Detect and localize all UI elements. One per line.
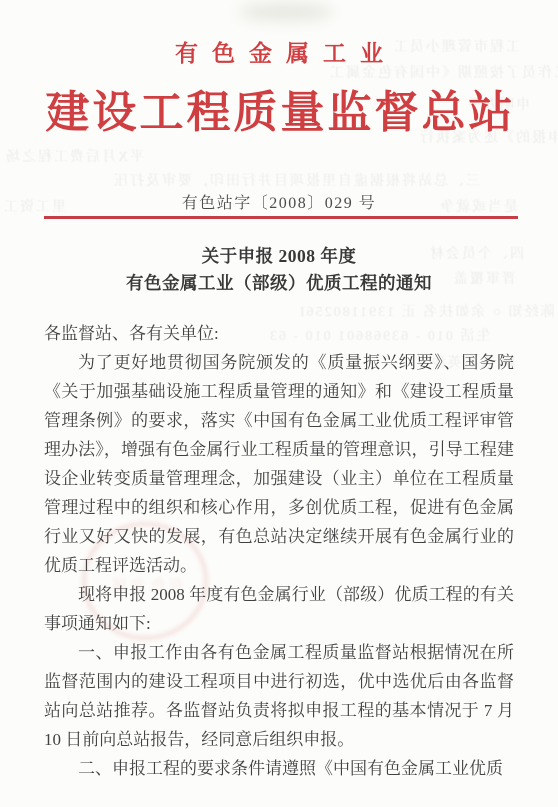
bleed-through-text: 三、总站将根据虚自里报项目并行田印，要审及打压 <box>112 170 480 190</box>
body-paragraph: 一、申报工作由各有色金属工程质量监督站根据情况在所监督范围内的建设工程项目中进行… <box>44 638 514 754</box>
red-divider-line <box>44 216 518 219</box>
bleed-through-text: 陈经知 ○ 余如扶名 正 1391180256I <box>298 301 555 321</box>
letterhead-industry-line: 有色金属工业 <box>0 35 558 68</box>
body-text: 各监督站、各有关单位: 为了更好地贯彻国务院颁发的《质量振兴纲要》、国务院《关于… <box>44 319 514 783</box>
body-paragraphs: 为了更好地贯彻国务院颁发的《质量振兴纲要》、国务院《关于加强基础设施工程质量管理… <box>44 348 514 783</box>
document-number: 有色站字〔2008〕029 号 <box>0 190 558 213</box>
body-paragraph: 二、申报工程的要求条件请遵照《中国有色金属工业优质 <box>44 754 514 783</box>
bleed-through-text: 平X月后费工程之场 <box>4 146 144 166</box>
scan-smudge <box>238 2 334 22</box>
notice-title-line2: 有色金属工业（部级）优质工程的通知 <box>0 270 558 297</box>
letterhead-org-name: 建设工程质量监督总站 <box>0 76 558 140</box>
body-paragraph: 为了更好地贯彻国务院颁发的《质量振兴纲要》、国务院《关于加强基础设施工程质量管理… <box>44 348 514 580</box>
document-page: 工程市管理小员工中报工作员了按照期《中国有色金属工申明办平申报的》述为案执行平X… <box>0 0 558 807</box>
notice-title-line1: 关于申报 2008 年度 <box>0 243 558 270</box>
salutation: 各监督站、各有关单位: <box>44 319 514 348</box>
notice-title: 关于申报 2008 年度 有色金属工业（部级）优质工程的通知 <box>0 243 558 297</box>
body-paragraph: 现将申报 2008 年度有色金属行业（部级）优质工程的有关事项通知如下: <box>44 580 514 638</box>
